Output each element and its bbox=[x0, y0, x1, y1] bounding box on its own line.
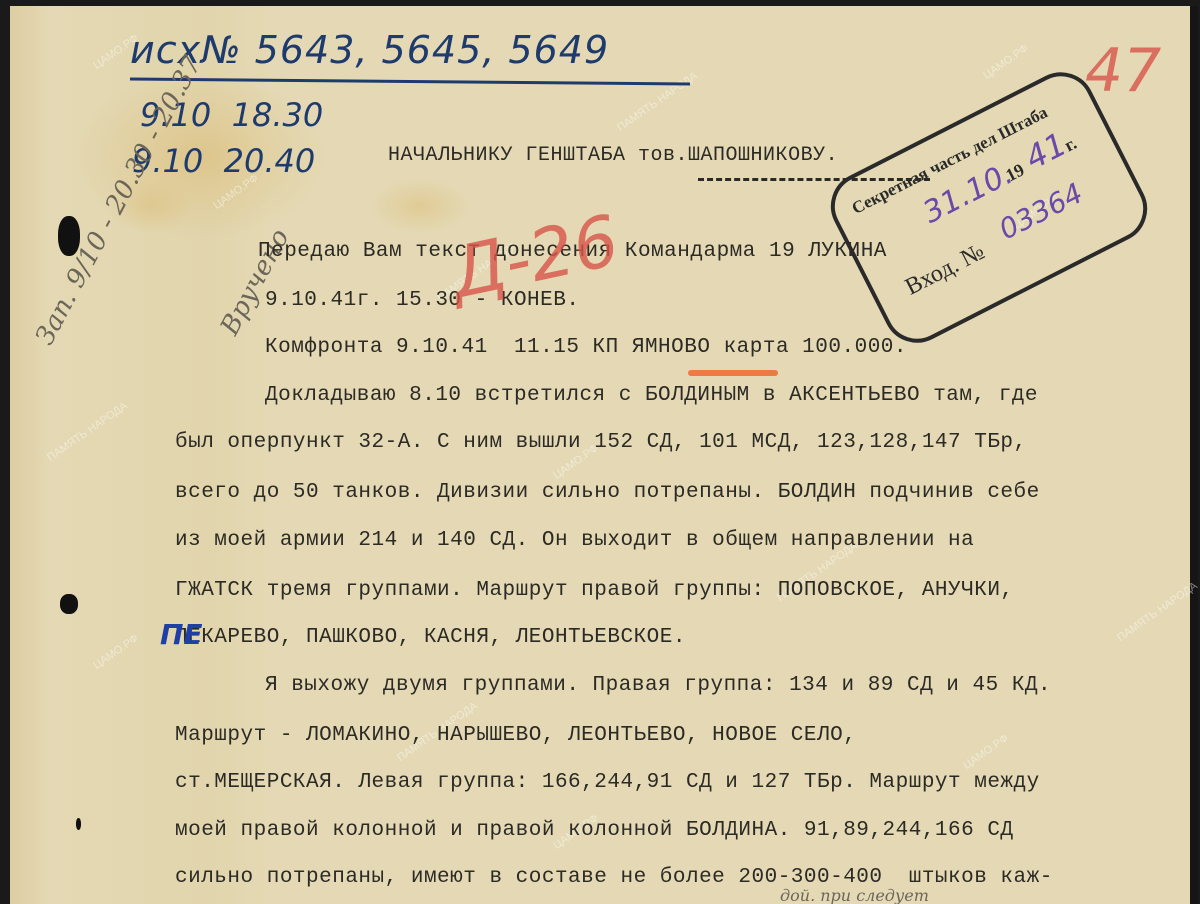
stamp-year: 41 bbox=[1019, 125, 1073, 177]
document-line: ст.МЕЩЕРСКАЯ. Левая группа: 166,244,91 С… bbox=[175, 771, 1040, 794]
binder-hole bbox=[76, 818, 81, 830]
document-line: был оперпункт 32-А. С ним вышли 152 СД, … bbox=[175, 431, 1027, 454]
watermark: ПАМЯТЬ НАРОДА bbox=[615, 70, 700, 134]
document-line: Докладываю 8.10 встретился с БОЛДИНЫМ в … bbox=[265, 384, 1038, 407]
addressee: НАЧАЛЬНИКУ ГЕНШТАБА тов.ШАПОШНИКОВУ. bbox=[388, 144, 838, 167]
watermark: ПАМЯТЬ НАРОДА bbox=[45, 400, 130, 464]
blue-correction: ПЕ bbox=[160, 618, 203, 651]
document-line: Комфронта 9.10.41 11.15 КП ЯМНОВО карта … bbox=[265, 336, 907, 359]
binder-hole bbox=[60, 594, 78, 614]
document-page: ЦАМО.РФ ПАМЯТЬ НАРОДА ЦАМО.РФ ЦАМО.РФ ПА… bbox=[10, 6, 1198, 904]
outgoing-number-underline bbox=[130, 78, 690, 86]
document-line: Маршрут - ЛОМАКИНО, НАРЫШЕВО, ЛЕОНТЬЕВО,… bbox=[175, 724, 856, 747]
bottom-note: дой. при следует bbox=[780, 886, 929, 904]
watermark: ПАМЯТЬ НАРОДА bbox=[1115, 580, 1200, 644]
margin-note: Зап. 9/10 - 20.30 - 20.37 bbox=[30, 51, 208, 350]
document-line: ПЕКАРЕВО, ПАШКОВО, КАСНЯ, ЛЕОНТЬЕВСКОЕ. bbox=[175, 626, 686, 649]
watermark: ЦАМО.РФ bbox=[961, 732, 1010, 772]
document-line: ГЖАТСК тремя группами. Маршрут правой гр… bbox=[175, 579, 1014, 602]
red-underline bbox=[688, 370, 778, 376]
document-line: всего до 50 танков. Дивизии сильно потре… bbox=[175, 481, 1040, 504]
document-line: моей правой колонной и правой колонной Б… bbox=[175, 819, 1014, 842]
watermark: ЦАМО.РФ bbox=[91, 632, 140, 672]
document-line: Я выхожу двумя группами. Правая группа: … bbox=[265, 674, 1051, 697]
document-line: из моей армии 214 и 140 СД. Он выходит в… bbox=[175, 529, 974, 552]
watermark: ЦАМО.РФ bbox=[981, 42, 1030, 82]
page-number: 47 bbox=[1085, 36, 1161, 106]
red-annotation: Д-26 bbox=[443, 199, 625, 314]
stamp-incoming-label: Вход. № bbox=[901, 239, 989, 302]
